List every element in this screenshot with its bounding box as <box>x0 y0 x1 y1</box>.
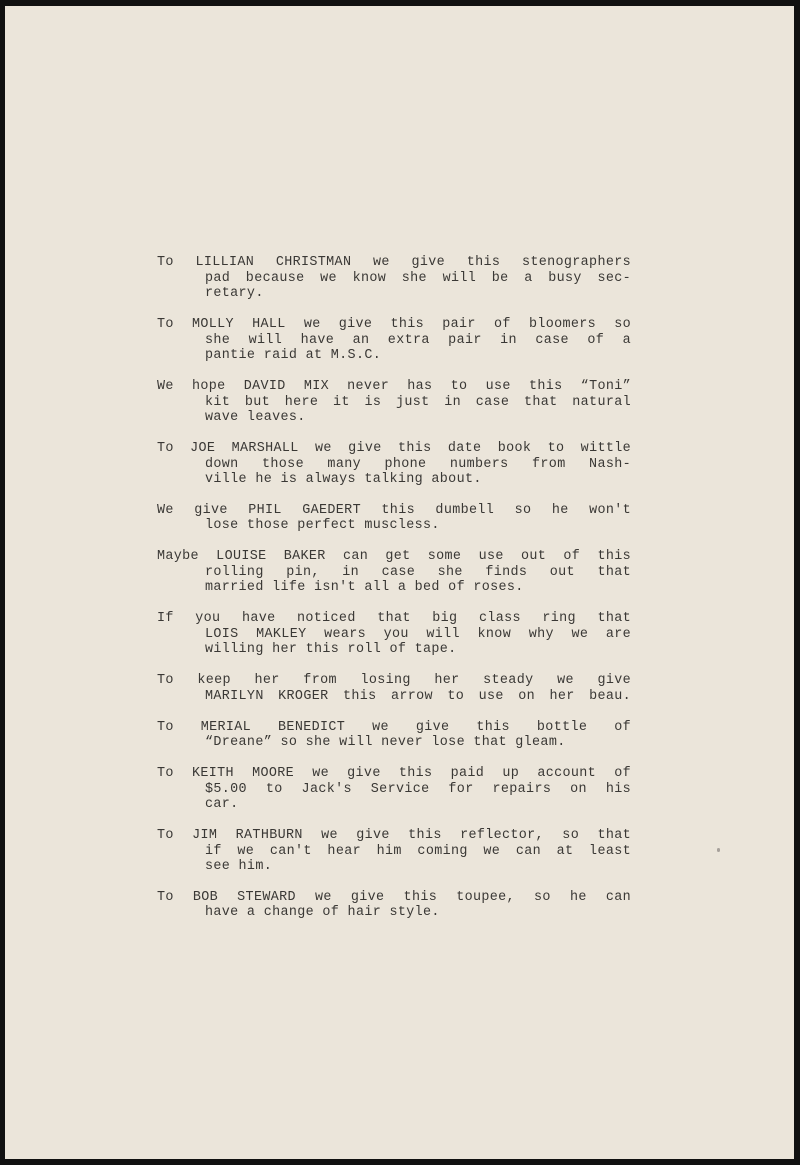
entry-line: To LILLIAN CHRISTMAN we give this stenog… <box>157 255 631 271</box>
entry-line: We give PHIL GAEDERT this dumbell so he … <box>157 503 631 519</box>
entry-keith-moore: To KEITH MOORE we give this paid up acco… <box>157 766 631 813</box>
entry-line: lose those perfect muscless. <box>157 518 631 534</box>
entry-line: willing her this roll of tape. <box>157 642 631 658</box>
entry-line: To MERIAL BENEDICT we give this bottle o… <box>157 720 631 736</box>
entry-line: $5.00 to Jack's Service for repairs on h… <box>157 782 631 798</box>
entry-line: married life isn't all a bed of roses. <box>157 580 631 596</box>
entry-line: “Dreane” so she will never lose that gle… <box>157 735 631 751</box>
entry-marilyn-kroger: To keep her from losing her steady we gi… <box>157 673 631 704</box>
entry-line: wave leaves. <box>157 410 631 426</box>
entry-jim-rathburn: To JIM RATHBURN we give this reflector, … <box>157 828 631 875</box>
entry-line: pad because we know she will be a busy s… <box>157 271 631 287</box>
entry-line: pantie raid at M.S.C. <box>157 348 631 364</box>
entry-line: kit but here it is just in case that nat… <box>157 395 631 411</box>
entry-line: car. <box>157 797 631 813</box>
entry-line: retary. <box>157 286 631 302</box>
entry-lillian-christman: To LILLIAN CHRISTMAN we give this stenog… <box>157 255 631 302</box>
document-page: To LILLIAN CHRISTMAN we give this stenog… <box>5 6 794 1159</box>
entry-line: see him. <box>157 859 631 875</box>
entry-line: To KEITH MOORE we give this paid up acco… <box>157 766 631 782</box>
entry-line: she will have an extra pair in case of a <box>157 333 631 349</box>
entry-line: LOIS MAKLEY wears you will know why we a… <box>157 627 631 643</box>
entry-line: ville he is always talking about. <box>157 472 631 488</box>
paper-speck <box>717 848 720 852</box>
entry-line: down those many phone numbers from Nash- <box>157 457 631 473</box>
entry-line: have a change of hair style. <box>157 905 631 921</box>
entry-louise-baker: Maybe LOUISE BAKER can get some use out … <box>157 549 631 596</box>
entry-line: To JIM RATHBURN we give this reflector, … <box>157 828 631 844</box>
entry-merial-benedict: To MERIAL BENEDICT we give this bottle o… <box>157 720 631 751</box>
entry-molly-hall: To MOLLY HALL we give this pair of bloom… <box>157 317 631 364</box>
entry-phil-gaedert: We give PHIL GAEDERT this dumbell so he … <box>157 503 631 534</box>
entry-line: Maybe LOUISE BAKER can get some use out … <box>157 549 631 565</box>
entry-bob-steward: To BOB STEWARD we give this toupee, so h… <box>157 890 631 921</box>
entry-line: To BOB STEWARD we give this toupee, so h… <box>157 890 631 906</box>
entry-line: MARILYN KROGER this arrow to use on her … <box>157 689 631 705</box>
entry-line: To JOE MARSHALL we give this date book t… <box>157 441 631 457</box>
entry-joe-marshall: To JOE MARSHALL we give this date book t… <box>157 441 631 488</box>
entry-line: If you have noticed that big class ring … <box>157 611 631 627</box>
entry-line: rolling pin, in case she finds out that <box>157 565 631 581</box>
entry-david-mix: We hope DAVID MIX never has to use this … <box>157 379 631 426</box>
entry-line: We hope DAVID MIX never has to use this … <box>157 379 631 395</box>
document-body: To LILLIAN CHRISTMAN we give this stenog… <box>157 255 631 936</box>
entry-line: To MOLLY HALL we give this pair of bloom… <box>157 317 631 333</box>
entry-lois-makley: If you have noticed that big class ring … <box>157 611 631 658</box>
entry-line: if we can't hear him coming we can at le… <box>157 844 631 860</box>
entry-line: To keep her from losing her steady we gi… <box>157 673 631 689</box>
